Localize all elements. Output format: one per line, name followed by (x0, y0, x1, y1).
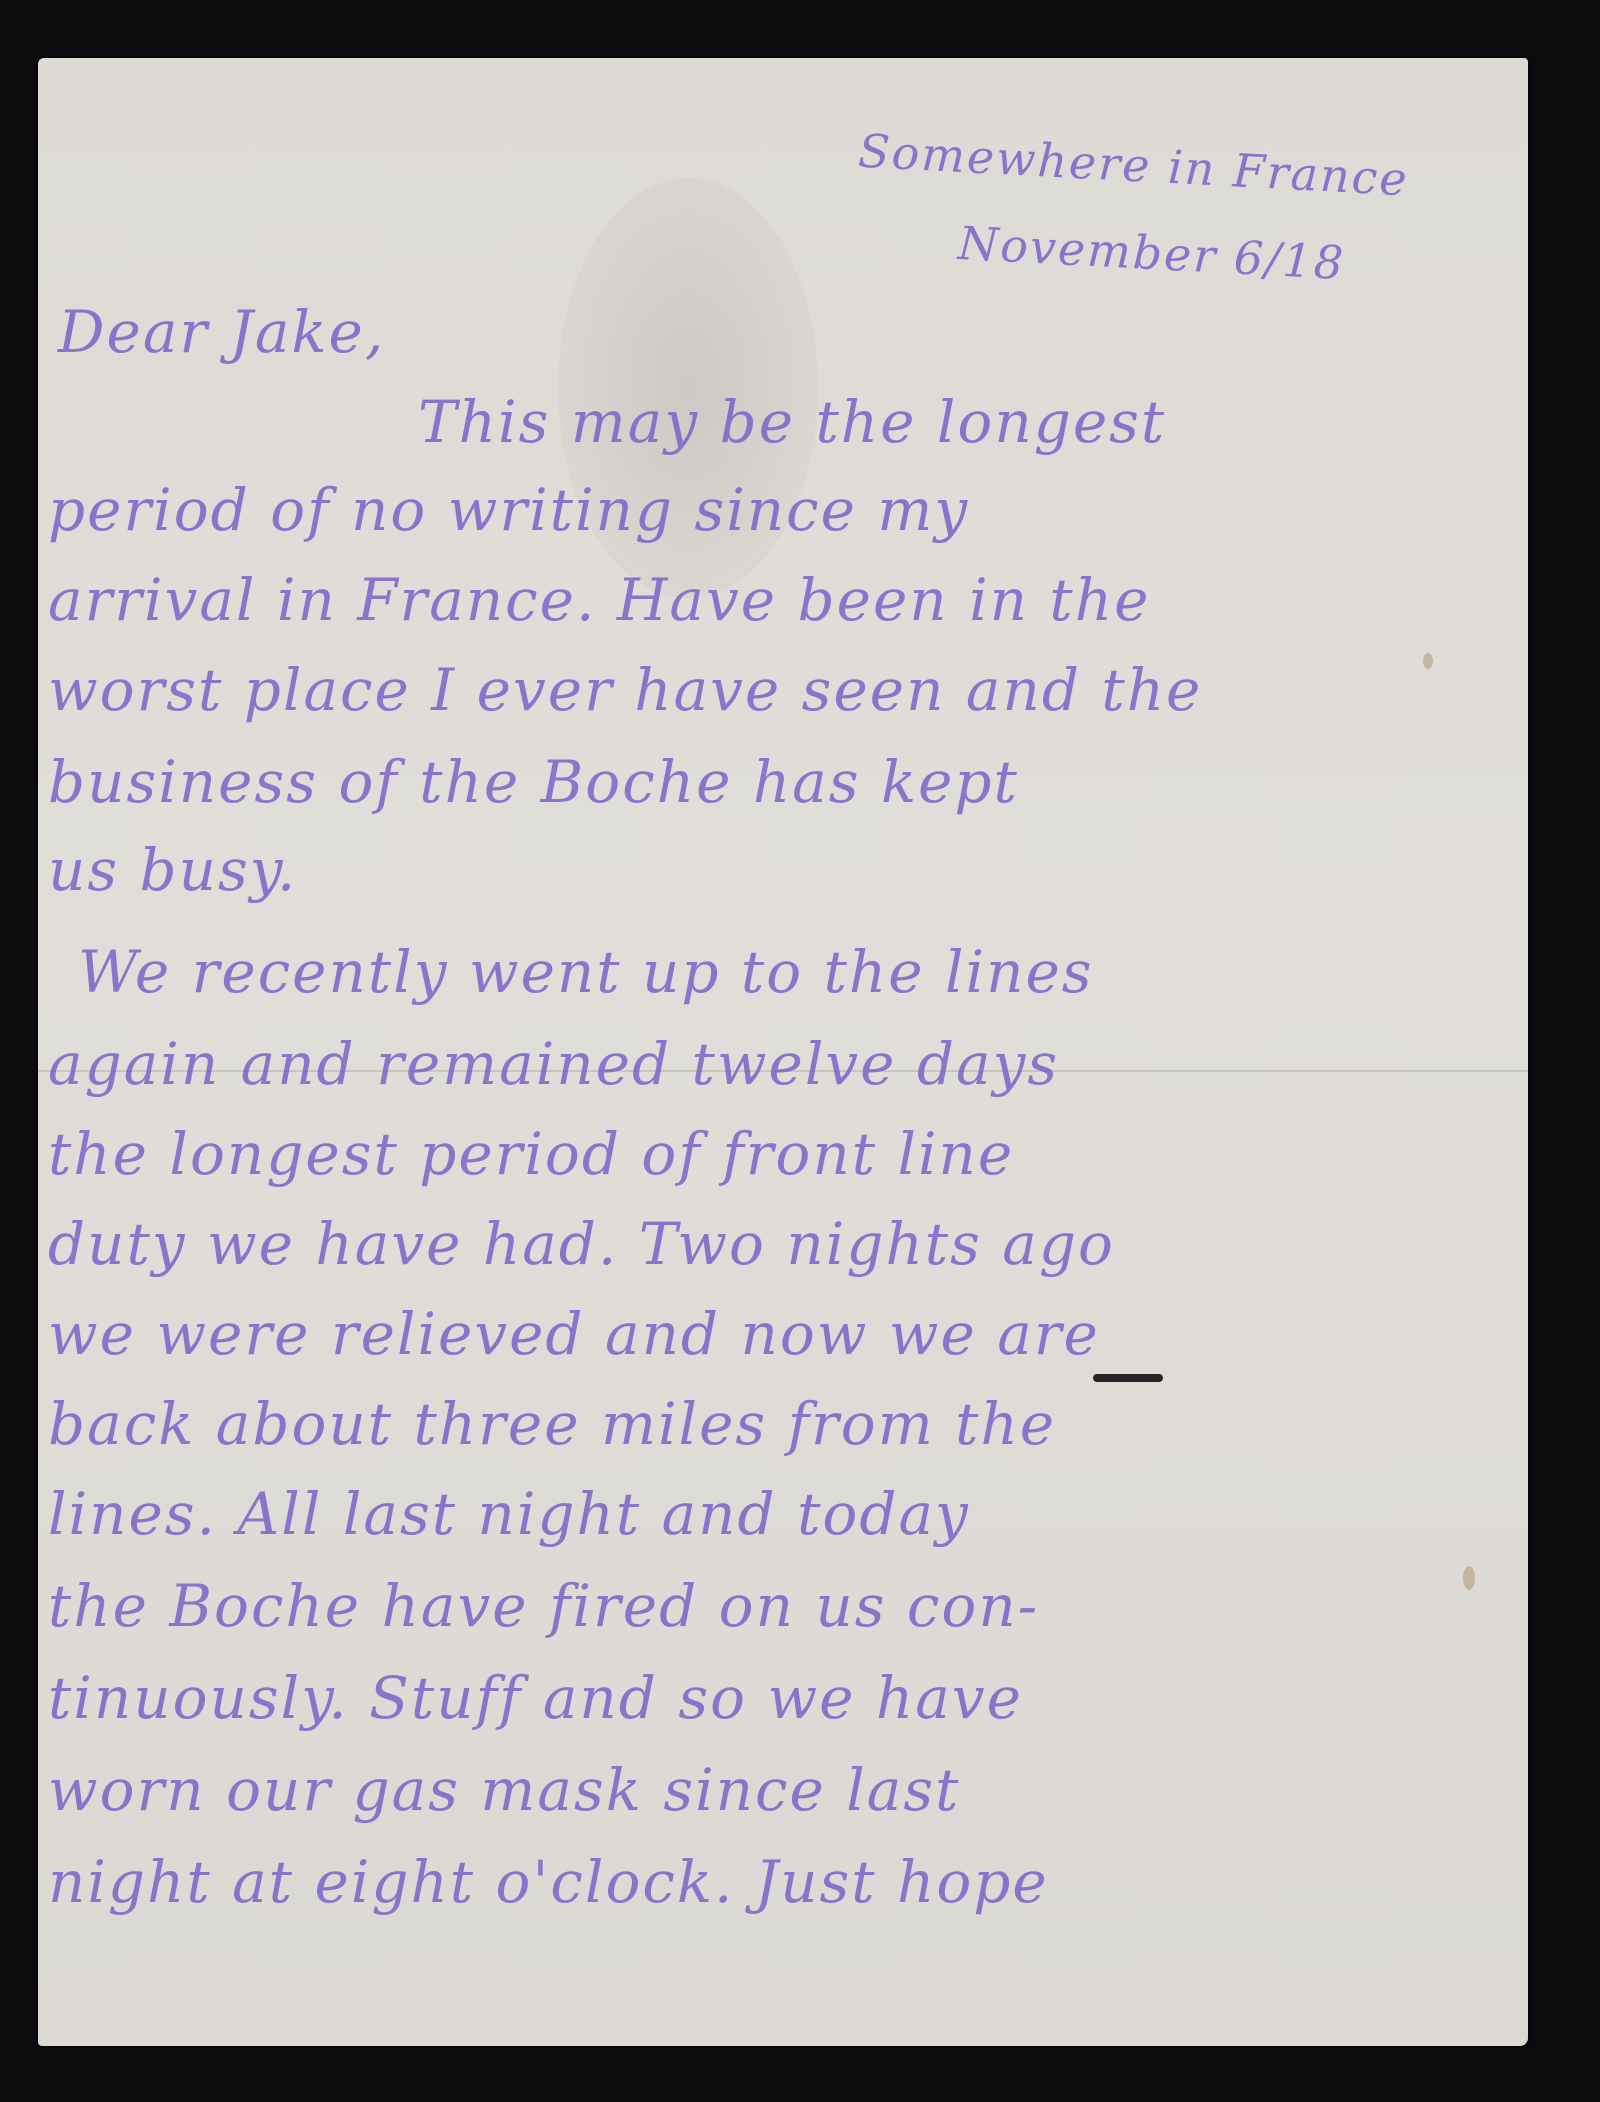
letter-line: worst place I ever have seen and the (48, 656, 1202, 724)
letter-line: night at eight o'clock. Just hope (48, 1848, 1049, 1916)
letter-line: This may be the longest (418, 388, 1166, 456)
letter-date: November 6/18 (957, 216, 1347, 290)
ink-mark (1093, 1374, 1163, 1382)
letter-line: tinuously. Stuff and so we have (48, 1664, 1023, 1732)
letter-line: we were relieved and now we are (48, 1300, 1100, 1368)
letter-location: Somewhere in France (857, 124, 1410, 207)
letter-line: lines. All last night and today (48, 1480, 970, 1548)
paper-stain (1423, 653, 1433, 669)
letter-line: the Boche have fired on us con- (48, 1572, 1039, 1640)
letter-line: the longest period of front line (48, 1120, 1014, 1188)
letter-line: back about three miles from the (48, 1390, 1056, 1458)
paper-stain (1463, 1566, 1475, 1590)
letter-line: period of no writing since my (48, 476, 969, 544)
letter-line: arrival in France. Have been in the (48, 566, 1150, 634)
letter-line: We recently went up to the lines (78, 938, 1094, 1006)
letter-line: again and remained twelve days (48, 1030, 1059, 1098)
letter-paper: Somewhere in France November 6/18 Dear J… (38, 58, 1528, 2046)
letter-line: business of the Boche has kept (48, 748, 1019, 816)
letter-salutation: Dear Jake, (58, 298, 385, 366)
letter-line: worn our gas mask since last (48, 1756, 960, 1824)
letter-line: duty we have had. Two nights ago (48, 1210, 1115, 1278)
letter-line: us busy. (48, 836, 297, 904)
